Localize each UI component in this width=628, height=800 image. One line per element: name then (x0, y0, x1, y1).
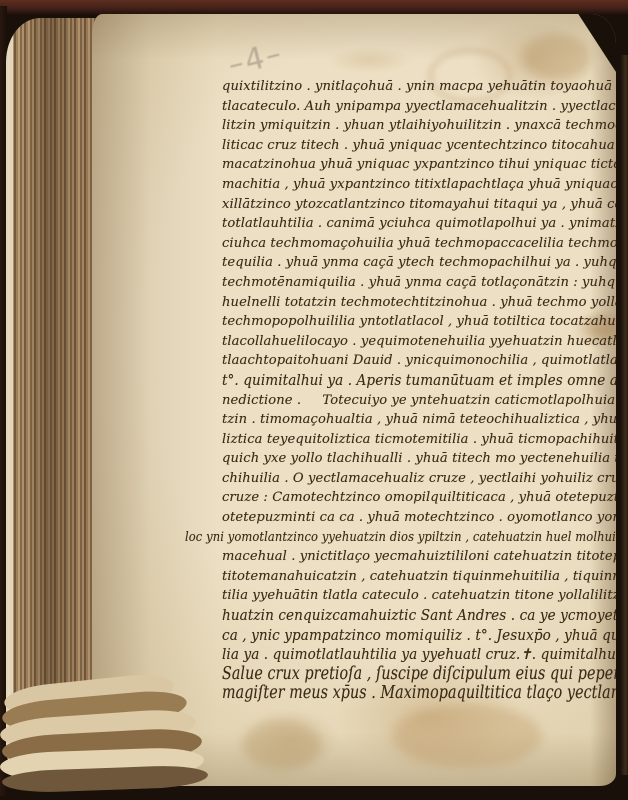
manuscript-line: techmotēnamiquilia . yhuā ynma caçā totl… (222, 273, 616, 293)
stain (522, 34, 592, 80)
manuscript-line: tzin . timomaçohualtia , yhuā nimā teteo… (222, 410, 616, 430)
manuscript-line: quich yxe yollo tlachihualli . yhuā tite… (222, 449, 616, 469)
manuscript-line: nedictione . Totecuiyo ye yntehuatzin ca… (222, 391, 616, 411)
bottom-page-edges (0, 676, 220, 792)
manuscript-line: otetepuzminti ca ca . yhuā motechtzinco … (222, 508, 616, 528)
manuscript-line: liztica teyequitoliztica ticmotemitilia … (222, 430, 616, 450)
manuscript-line: xillātzinco ytozcatlantzinco titomayahui… (222, 195, 616, 215)
manuscript-line: lia ya . quimotlatlauhtilia ya yyehuatl … (222, 645, 594, 665)
book-cover-top-edge (0, 0, 628, 14)
manuscript-line: tlaachtopaitohuani Dauid . ynicquimonoch… (222, 351, 616, 371)
manuscript-line: ca , ynic ypampatzinco momiquiliz . t°. … (222, 626, 594, 646)
stain (392, 704, 542, 768)
manuscript-line: ciuhca techmomaçohuilia yhuā techmopacca… (222, 234, 616, 254)
manuscript-line: cruze : Camotechtzinco omopilquiltiticac… (222, 488, 616, 508)
manuscript-line: t°. quimitalhui ya . Aperis tumanūtuam e… (222, 371, 594, 391)
manuscript-line: titotemanahuicatzin , catehuatzin tiquin… (222, 567, 616, 587)
manuscript-line: magiſter meus xp̄us . Maximopaquiltitica… (222, 684, 550, 704)
manuscript-line: totlatlauhtilia . canimā yciuhca quimotl… (222, 214, 616, 234)
manuscript-line: Salue crux pretioſa , ſuscipe diſcipulum… (222, 665, 550, 685)
manuscript-line: liticac cruz titech . yhuā yniquac ycent… (222, 136, 616, 156)
photo-background: { "page": { "pencil_mark": "–4–", "lines… (0, 0, 628, 800)
manuscript-text-block: quixtilitzino . ynitlaçohuā . ynin macpa… (222, 77, 616, 704)
manuscript-line: tlacateculo. Auh ynipampa yyectlamacehua… (222, 97, 616, 117)
manuscript-line: huatzin cenquizcamahuiztic Sant Andres .… (222, 606, 594, 626)
right-cover-edge (620, 55, 628, 775)
manuscript-line: tilia yyehuātin tlatla cateculo . catehu… (222, 586, 616, 606)
stain (242, 720, 322, 770)
manuscript-line: chihuilia . O yectlamacehualiz cruze , y… (222, 469, 616, 489)
manuscript-page: –4– quixtilitzino . ynitlaçohuā . ynin m… (92, 14, 616, 786)
stacked-page-edges (6, 18, 102, 774)
manuscript-line: tequilia . yhuā ynma caçā ytech techmopa… (222, 253, 616, 273)
manuscript-line: loc yni yomotlantzinco yyehuatzin dios y… (185, 528, 570, 548)
manuscript-line: litzin ymiquitzin . yhuan ytlaihiyohuili… (222, 116, 616, 136)
manuscript-line: tlacollahuelilocayo . yequimotenehuilia … (222, 332, 616, 352)
manuscript-line: machitia , yhuā yxpantzinco titixtlapach… (222, 175, 616, 195)
manuscript-line: quixtilitzino . ynitlaçohuā . ynin macpa… (222, 77, 616, 97)
manuscript-line: huelnelli totatzin techmotechtitzinohua … (222, 293, 616, 313)
manuscript-line: macehual . ynictitlaço yecmahuiztililoni… (222, 547, 616, 567)
manuscript-line: techmopopolhuililia yntotlatlacol , yhuā… (222, 312, 616, 332)
manuscript-line: macatzinohua yhuā yniquac yxpantzinco ti… (222, 155, 616, 175)
